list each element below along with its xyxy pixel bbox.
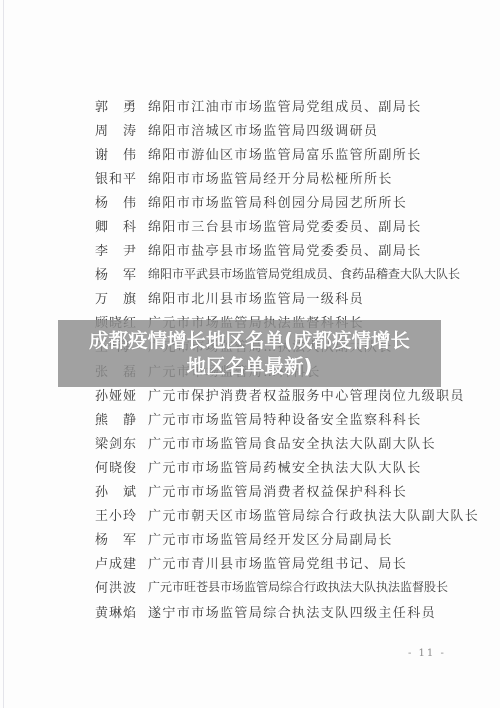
list-item: 周 涛 绵阳市涪城区市场监管局四级调研员 <box>95 117 495 141</box>
page-number: - 11 - <box>408 648 446 659</box>
person-title: 绵阳市盐亭县市场监管局党委委员、副局长 <box>148 240 422 259</box>
person-name: 黄琳焰 <box>95 602 148 621</box>
person-title: 绵阳市市场监管局经开分局松桠所所长 <box>148 168 393 187</box>
person-title: 绵阳市涪城区市场监管局四级调研员 <box>148 120 378 139</box>
person-title: 绵阳市三台县市场监管局党委委员、副局长 <box>148 216 422 235</box>
person-title: 广元市青川县市场监管局党组书记、局长 <box>148 553 407 572</box>
person-name: 郭 勇 <box>95 96 148 115</box>
person-title: 广元市保护消费者权益服务中心管理岗位九级职员 <box>148 385 465 404</box>
list-item: 何晓俊 广元市市场监管局药械安全执法大队大队长 <box>95 454 495 478</box>
person-name: 万 旗 <box>95 288 148 307</box>
person-name: 杨 军 <box>95 264 148 283</box>
list-item: 梁剑东 广元市市场监管局食品安全执法大队副大队长 <box>95 430 495 454</box>
person-title: 广元市市场监管局消费者权益保护科科长 <box>148 481 407 500</box>
person-name: 梁剑东 <box>95 433 148 452</box>
person-name: 谢 伟 <box>95 144 148 163</box>
person-name: 卿 科 <box>95 216 148 235</box>
person-name: 杨 军 <box>95 529 148 548</box>
person-name: 王小玲 <box>95 505 148 524</box>
list-item: 杨 伟 绵阳市市场监管局科创园分局园艺所所长 <box>95 189 495 213</box>
person-title: 绵阳市江油市市场监管局党组成员、副局长 <box>148 96 422 115</box>
list-item: 熊 静 广元市市场监管局特种设备安全监察科科长 <box>95 406 495 430</box>
person-name: 周 涛 <box>95 120 148 139</box>
person-title: 绵阳市游仙区市场监管局富乐监管所副所长 <box>148 144 422 163</box>
person-name: 熊 静 <box>95 409 148 428</box>
person-title: 遂宁市市场监管局综合执法支队四级主任科员 <box>148 602 436 621</box>
person-name: 何晓俊 <box>95 457 148 476</box>
person-name: 孙 斌 <box>95 481 148 500</box>
list-item: 黄琳焰 遂宁市市场监管局综合执法支队四级主任科员 <box>95 599 495 623</box>
person-name: 何洪波 <box>95 577 148 596</box>
overlay-title-line-2: 地区名单最新) <box>187 354 313 380</box>
list-item: 何洪波 广元市旺苍县市场监管局综合行政执法大队执法监督股长 <box>95 575 495 599</box>
person-title: 绵阳市平武县市场监管局党组成员、食药品稽查大队大队长 <box>148 265 460 282</box>
list-item: 卢成建 广元市青川县市场监管局党组书记、局长 <box>95 551 495 575</box>
list-item: 孙 斌 广元市市场监管局消费者权益保护科科长 <box>95 479 495 503</box>
overlay-title-line-1: 成都疫情增长地区名单(成都疫情增长 <box>89 328 410 354</box>
list-item: 杨 军 绵阳市平武县市场监管局党组成员、食药品稽查大队大队长 <box>95 262 495 286</box>
list-item: 王小玲 广元市朝天区市场监管局综合行政执法大队副大队长 <box>95 503 495 527</box>
list-item: 郭 勇 绵阳市江油市市场监管局党组成员、副局长 <box>95 93 495 117</box>
person-name: 杨 伟 <box>95 192 148 211</box>
person-name: 银和平 <box>95 168 148 187</box>
person-title: 广元市旺苍县市场监管局综合行政执法大队执法监督股长 <box>148 578 448 595</box>
list-item: 银和平 绵阳市市场监管局经开分局松桠所所长 <box>95 165 495 189</box>
list-item: 李 尹 绵阳市盐亭县市场监管局党委委员、副局长 <box>95 238 495 262</box>
person-title: 绵阳市北川县市场监管局一级科员 <box>148 288 364 307</box>
person-name: 卢成建 <box>95 553 148 572</box>
person-title: 绵阳市市场监管局科创园分局园艺所所长 <box>148 192 407 211</box>
title-overlay-banner: 成都疫情增长地区名单(成都疫情增长 地区名单最新) <box>58 320 441 387</box>
list-item: 万 旗 绵阳市北川县市场监管局一级科员 <box>95 286 495 310</box>
person-name: 孙娅娅 <box>95 385 148 404</box>
list-item: 杨 军 广元市市场监管局经开发区分局副局长 <box>95 527 495 551</box>
person-title: 广元市朝天区市场监管局综合行政执法大队副大队长 <box>148 505 479 524</box>
list-item: 谢 伟 绵阳市游仙区市场监管局富乐监管所副所长 <box>95 141 495 165</box>
person-title: 广元市市场监管局经开发区分局副局长 <box>148 529 393 548</box>
list-item: 卿 科 绵阳市三台县市场监管局党委委员、副局长 <box>95 213 495 237</box>
person-name: 李 尹 <box>95 240 148 259</box>
person-title: 广元市市场监管局药械安全执法大队大队长 <box>148 457 422 476</box>
page-edge-line <box>3 0 4 708</box>
person-title: 广元市市场监管局特种设备安全监察科科长 <box>148 409 422 428</box>
person-title: 广元市市场监管局食品安全执法大队副大队长 <box>148 433 436 452</box>
